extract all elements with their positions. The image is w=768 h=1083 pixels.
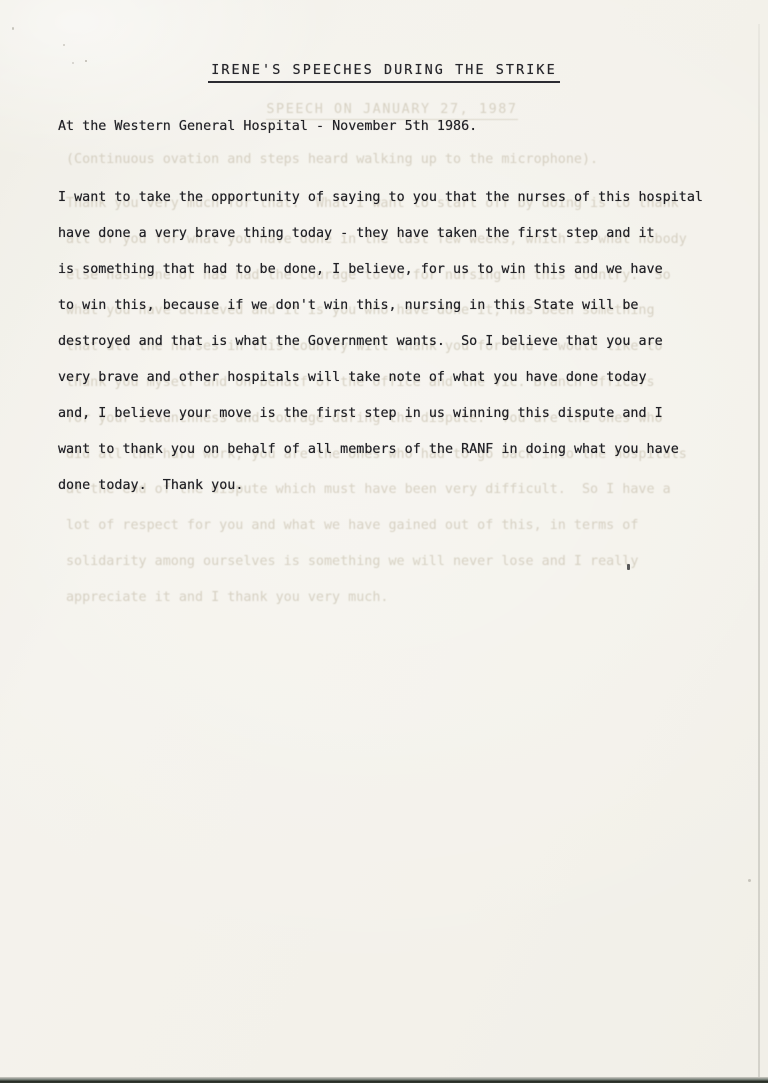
ghost-heading-wrap: SPEECH ON JANUARY 27, 1987 [0, 98, 768, 120]
speech-line: have done a very brave thing today - the… [58, 216, 703, 252]
paper-speck [85, 60, 87, 62]
ghost-line: lot of respect for you and what we have … [66, 508, 687, 544]
speech-line: is something that had to be done, I beli… [58, 252, 703, 288]
ghost-line: solidarity among ourselves is something … [66, 544, 687, 580]
speech-line: want to thank you on behalf of all membe… [58, 432, 703, 468]
document-title: IRENE'S SPEECHES DURING THE STRIKE [208, 63, 560, 83]
paper-speck [63, 44, 65, 46]
speech-line: I want to take the opportunity of saying… [58, 180, 703, 216]
title-wrap: IRENE'S SPEECHES DURING THE STRIKE [0, 59, 768, 83]
speech-line: to win this, because if we don't win thi… [58, 288, 703, 324]
speech-line: very brave and other hospitals will take… [58, 360, 703, 396]
paper-speck [72, 62, 74, 64]
ghost-speech-heading: SPEECH ON JANUARY 27, 1987 [266, 102, 517, 120]
paper-speck [12, 27, 14, 30]
ink-speck [627, 564, 630, 570]
scanned-document-page: SPEECH ON JANUARY 27, 1987 (Continuous o… [0, 0, 768, 1083]
paper-edge-shadow [758, 24, 760, 1077]
scanner-edge-strip [0, 1077, 768, 1083]
speech-line: done today. Thank you. [58, 468, 703, 504]
speech-body: I want to take the opportunity of saying… [58, 180, 703, 504]
speech-line: and, I believe your move is the first st… [58, 396, 703, 432]
speech-line: destroyed and that is what the Governmen… [58, 324, 703, 360]
document-subtitle: At the Western General Hospital - Novemb… [58, 119, 477, 134]
paper-speck [748, 879, 751, 882]
ghost-bleedthrough-layer: SPEECH ON JANUARY 27, 1987 (Continuous o… [0, 0, 768, 1083]
ghost-line: appreciate it and I thank you very much. [66, 580, 687, 616]
ghost-stage-direction: (Continuous ovation and steps heard walk… [66, 152, 598, 167]
